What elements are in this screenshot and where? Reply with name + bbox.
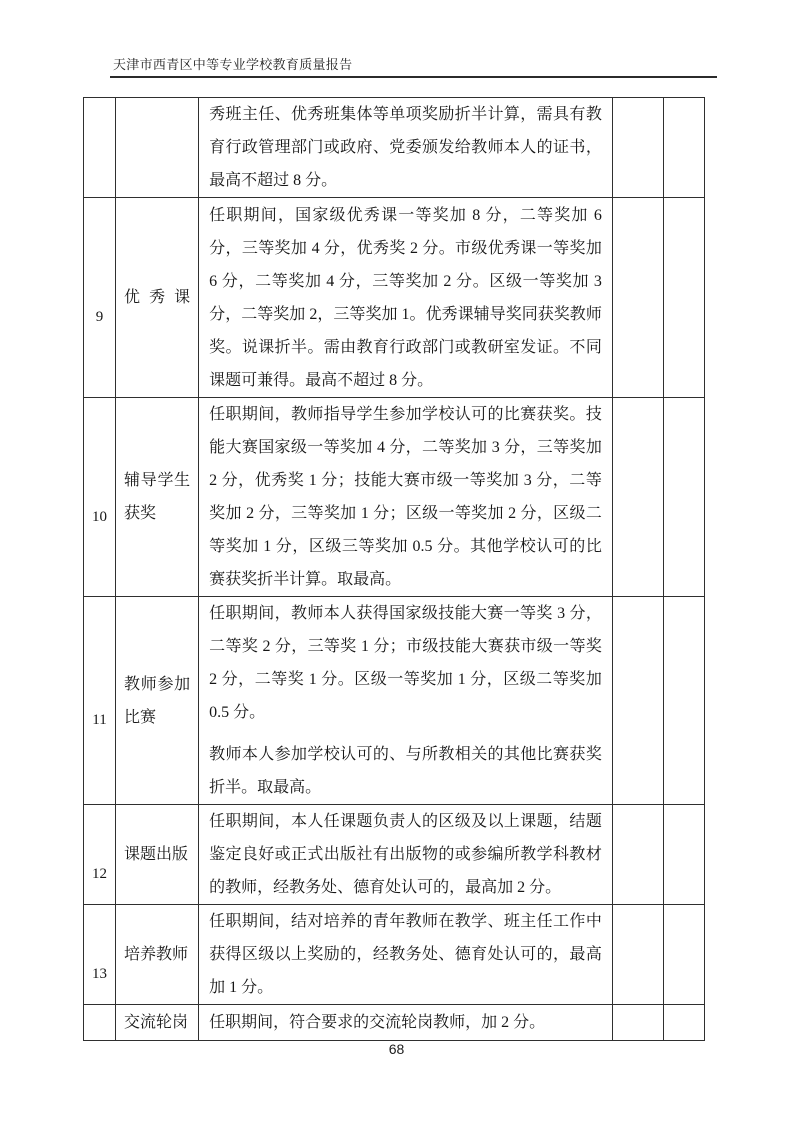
score-cell-2	[663, 198, 704, 398]
table-row-continued: 秀班主任、优秀班集体等单项奖励折半计算，需具有教育行政管理部门或政府、党委颁发给…	[84, 98, 705, 198]
row-content-cell: 任职期间，国家级优秀课一等奖加 8 分，二等奖加 6 分，三等奖加 4 分，优秀…	[199, 198, 613, 398]
score-cell-1	[612, 398, 663, 597]
table-row-exchange: 交流轮岗 任职期间，符合要求的交流轮岗教师，加 2 分。	[84, 1005, 705, 1041]
content-paragraph: 教师本人参加学校认可的、与所教相关的其他比赛获奖折半。取最高。	[209, 738, 602, 804]
table-row-13: 13 培养教师 任职期间，结对培养的青年教师在教学、班主任工作中获得区级以上奖励…	[84, 905, 705, 1005]
row-content-cell: 任职期间，符合要求的交流轮岗教师，加 2 分。	[199, 1005, 613, 1041]
row-label-cell: 教师参加比赛	[116, 597, 199, 805]
content-paragraph: 任职期间，教师指导学生参加学校认可的比赛获奖。技能大赛国家级一等奖加 4 分，二…	[209, 398, 602, 596]
row-label-cell: 交流轮岗	[116, 1005, 199, 1041]
table-row-9: 9 优秀课 任职期间，国家级优秀课一等奖加 8 分，二等奖加 6 分，三等奖加 …	[84, 198, 705, 398]
row-number-cell: 11	[84, 597, 116, 805]
score-cell-1	[612, 597, 663, 805]
score-cell-2	[663, 805, 704, 905]
score-cell-1	[612, 1005, 663, 1041]
row-label-cell: 课题出版	[116, 805, 199, 905]
row-label-cell	[116, 98, 199, 198]
score-cell-2	[663, 597, 704, 805]
score-cell-1	[612, 98, 663, 198]
content-paragraph: 任职期间，教师本人获得国家级技能大赛一等奖 3 分，二等奖 2 分，三等奖 1 …	[209, 597, 602, 729]
row-label-cell: 辅导学生获奖	[116, 398, 199, 597]
row-label-cell: 培养教师	[116, 905, 199, 1005]
content-paragraph: 任职期间，本人任课题负责人的区级及以上课题，结题鉴定良好或正式出版社有出版物的或…	[209, 805, 602, 904]
score-cell-1	[612, 805, 663, 905]
page-header-title: 天津市西青区中等专业学校教育质量报告	[113, 54, 352, 73]
row-number-cell: 9	[84, 198, 116, 398]
document-page: 天津市西青区中等专业学校教育质量报告 秀班主任、优秀班集体等单项奖励折半计算，需…	[0, 0, 793, 1122]
content-paragraph: 任职期间，结对培养的青年教师在教学、班主任工作中获得区级以上奖励的，经教务处、德…	[209, 905, 602, 1004]
score-cell-2	[663, 905, 704, 1005]
row-number-cell	[84, 1005, 116, 1041]
score-cell-1	[612, 905, 663, 1005]
table-row-11: 11 教师参加比赛 任职期间，教师本人获得国家级技能大赛一等奖 3 分，二等奖 …	[84, 597, 705, 805]
row-content-cell: 任职期间，教师本人获得国家级技能大赛一等奖 3 分，二等奖 2 分，三等奖 1 …	[199, 597, 613, 805]
score-cell-1	[612, 198, 663, 398]
row-number-cell	[84, 98, 116, 198]
table-row-12: 12 课题出版 任职期间，本人任课题负责人的区级及以上课题，结题鉴定良好或正式出…	[84, 805, 705, 905]
score-cell-2	[663, 98, 704, 198]
score-cell-2	[663, 1005, 704, 1041]
row-number-cell: 12	[84, 805, 116, 905]
row-content-cell: 任职期间，本人任课题负责人的区级及以上课题，结题鉴定良好或正式出版社有出版物的或…	[199, 805, 613, 905]
page-number: 68	[0, 1041, 793, 1057]
row-content-cell: 任职期间，结对培养的青年教师在教学、班主任工作中获得区级以上奖励的，经教务处、德…	[199, 905, 613, 1005]
row-content-cell: 任职期间，教师指导学生参加学校认可的比赛获奖。技能大赛国家级一等奖加 4 分，二…	[199, 398, 613, 597]
content-paragraph: 秀班主任、优秀班集体等单项奖励折半计算，需具有教育行政管理部门或政府、党委颁发给…	[209, 98, 602, 197]
score-cell-2	[663, 398, 704, 597]
table-row-10: 10 辅导学生获奖 任职期间，教师指导学生参加学校认可的比赛获奖。技能大赛国家级…	[84, 398, 705, 597]
content-paragraph: 任职期间，符合要求的交流轮岗教师，加 2 分。	[209, 1006, 602, 1039]
row-content-cell: 秀班主任、优秀班集体等单项奖励折半计算，需具有教育行政管理部门或政府、党委颁发给…	[199, 98, 613, 198]
teacher-scoring-table: 秀班主任、优秀班集体等单项奖励折半计算，需具有教育行政管理部门或政府、党委颁发给…	[83, 97, 705, 1041]
row-number-cell: 13	[84, 905, 116, 1005]
header-divider	[110, 76, 717, 78]
content-paragraph: 任职期间，国家级优秀课一等奖加 8 分，二等奖加 6 分，三等奖加 4 分，优秀…	[209, 199, 602, 397]
row-label-cell: 优秀课	[116, 198, 199, 398]
row-number-cell: 10	[84, 398, 116, 597]
